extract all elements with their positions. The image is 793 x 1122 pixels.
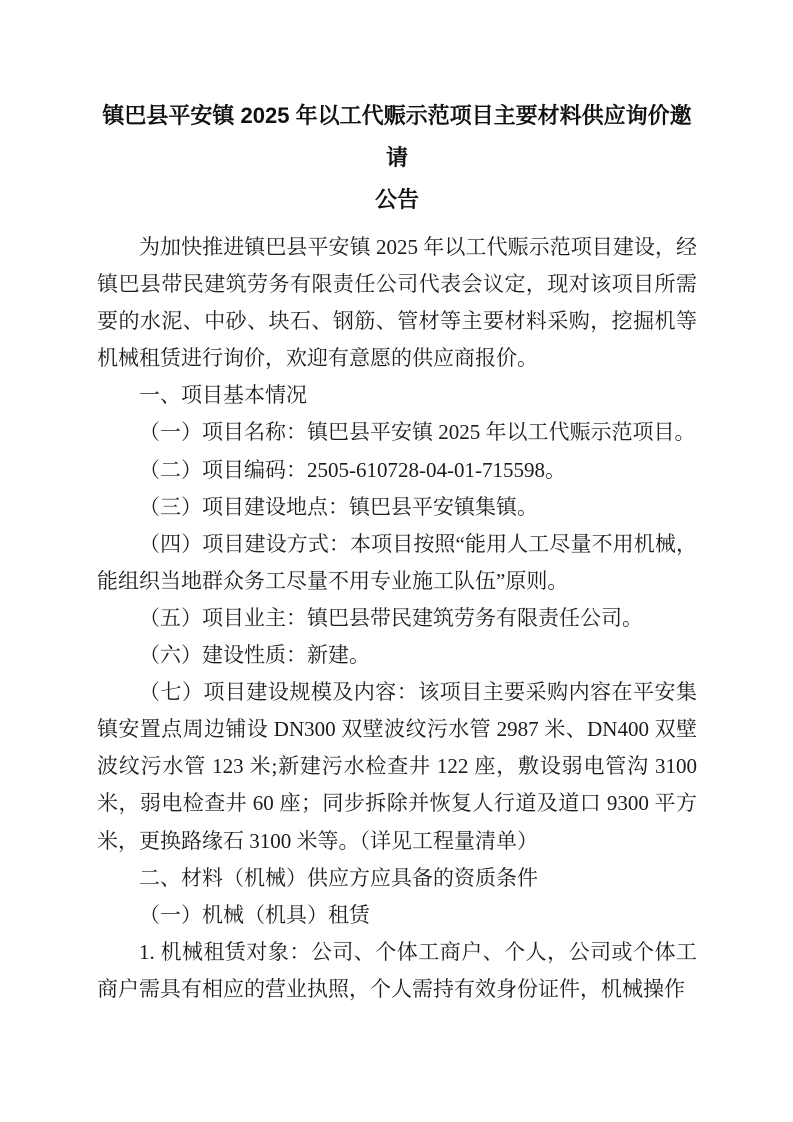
section-1-item-construction-nature: （六）建设性质：新建。 bbox=[97, 637, 697, 674]
section-1-item-project-code: （二）项目编码：2505-610728-04-01-715598。 bbox=[97, 452, 697, 489]
document-title: 镇巴县平安镇 2025 年以工代赈示范项目主要材料供应询价邀请 公告 bbox=[97, 95, 697, 221]
document-page: 镇巴县平安镇 2025 年以工代赈示范项目主要材料供应询价邀请 公告 为加快推进… bbox=[0, 0, 793, 1122]
intro-paragraph: 为加快推进镇巴县平安镇 2025 年以工代赈示范项目建设，经镇巴县带民建筑劳务有… bbox=[97, 229, 697, 377]
section-1-item-project-owner: （五）项目业主：镇巴县带民建筑劳务有限责任公司。 bbox=[97, 600, 697, 637]
section-1-item-project-location: （三）项目建设地点：镇巴县平安镇集镇。 bbox=[97, 489, 697, 526]
section-2-item-rental-targets: 1. 机械租赁对象：公司、个体工商户、个人，公司或个体工商户需具有相应的营业执照… bbox=[97, 934, 697, 1008]
section-1-heading: 一、项目基本情况 bbox=[97, 377, 697, 414]
section-2-heading: 二、材料（机械）供应方应具备的资质条件 bbox=[97, 860, 697, 897]
document-title-line-1: 镇巴县平安镇 2025 年以工代赈示范项目主要材料供应询价邀请 bbox=[97, 95, 697, 179]
section-2-sub-heading: （一）机械（机具）租赁 bbox=[97, 897, 697, 934]
section-1-item-project-name: （一）项目名称：镇巴县平安镇 2025 年以工代赈示范项目。 bbox=[97, 414, 697, 451]
section-1-item-scale-and-content: （七）项目建设规模及内容：该项目主要采购内容在平安集镇安置点周边铺设 DN300… bbox=[97, 674, 697, 859]
section-1-item-construction-method: （四）项目建设方式：本项目按照“能用人工尽量不用机械，能组织当地群众务工尽量不用… bbox=[97, 526, 697, 600]
document-title-line-2: 公告 bbox=[97, 179, 697, 221]
